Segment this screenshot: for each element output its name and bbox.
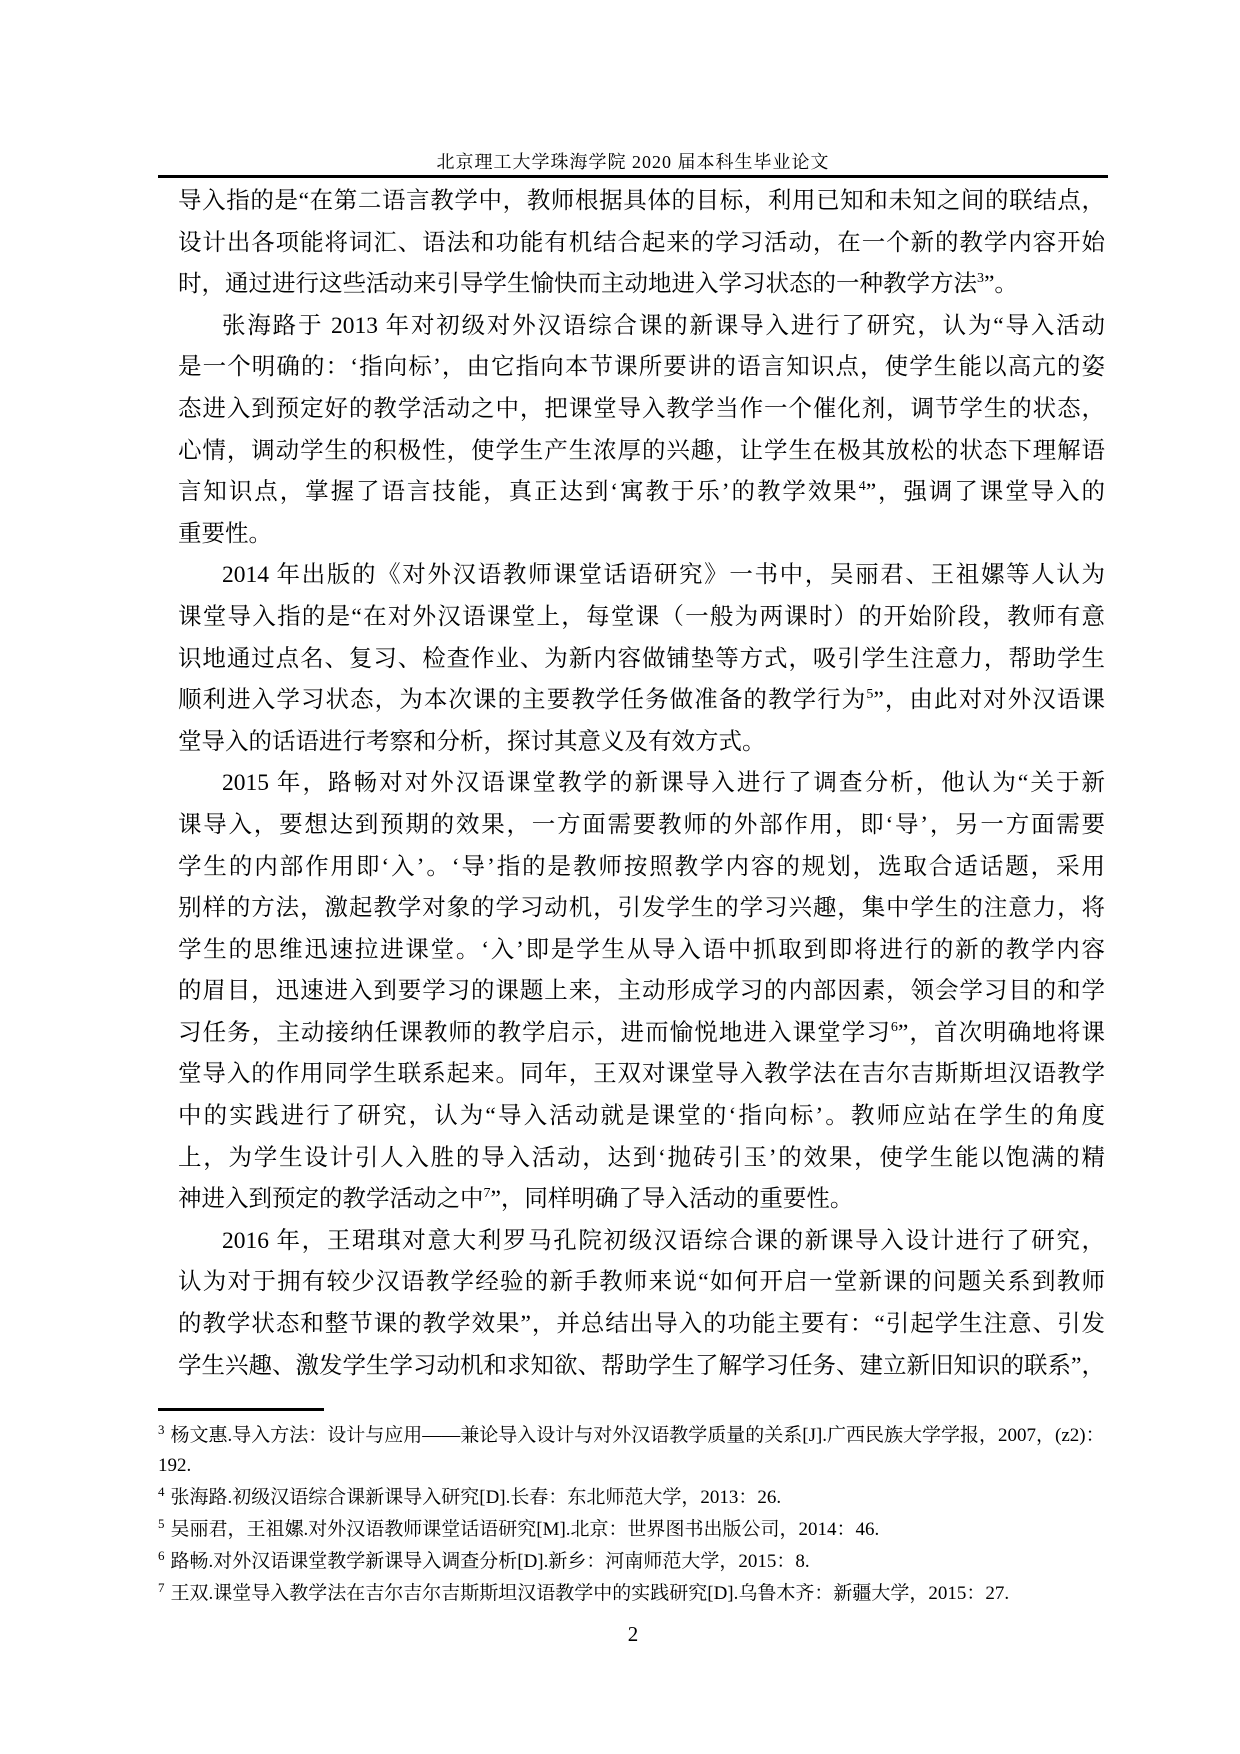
page-number: 2 — [158, 1622, 1108, 1647]
body-line: 2014 年出版的《对外汉语教师课堂话语研究》一书中，吴丽君、王祖嫘等人认为 — [178, 555, 1105, 597]
body-text-run: 课导入，要想达到预期的效果，一方面需要教师的外部作用，即‘导’，另一方面需要 — [178, 812, 1105, 838]
body-line: 上，为学生设计引人入胜的导入活动，达到‘抛砖引玉’的效果，使学生能以饱满的精 — [178, 1138, 1105, 1180]
body-text-run: 认为对于拥有较少汉语教学经验的新手教师来说“如何开启一堂新课的问题关系到教师 — [178, 1269, 1105, 1295]
body-line: 中的实践进行了研究，认为“导入活动就是课堂的‘指向标’。教师应站在学生的角度 — [178, 1096, 1105, 1138]
body-text-run: 言知识点，掌握了语言技能，真正达到‘寓教于乐’的教学效果 — [178, 479, 859, 505]
page-header-title: 北京理工大学珠海学院 2020 届本科生毕业论文 — [158, 148, 1108, 174]
body-line: 言知识点，掌握了语言技能，真正达到‘寓教于乐’的教学效果4”，强调了课堂导入的 — [178, 472, 1105, 514]
body-text-run: 课堂导入指的是“在对外汉语课堂上，每堂课（一般为两课时）的开始阶段，教师有意 — [178, 604, 1105, 630]
body-text-run: 习任务，主动接纳任课教师的教学启示，进而愉悦地进入课堂学习 — [178, 1020, 891, 1046]
footnote-ref: 7 — [484, 1186, 491, 1201]
body-text-run: 的眉目，迅速进入到要学习的课题上来，主动形成学习的内部因素，领会学习目的和学 — [178, 978, 1105, 1004]
body-text-run: 时，通过进行这些活动来引导学生愉快而主动地进入学习状态的一种教学方法 — [178, 271, 977, 297]
body-line: 导入指的是“在第二语言教学中，教师根据具体的目标，利用已知和未知之间的联结点， — [178, 181, 1105, 223]
body-line: 态进入到预定好的教学活动之中，把课堂导入教学当作一个催化剂，调节学生的状态， — [178, 389, 1105, 431]
footnote-text: 吴丽君，王祖嫘.对外汉语教师课堂话语研究[M].北京：世界图书出版公司，2014… — [171, 1519, 880, 1540]
footnote-line: 5吴丽君，王祖嫘.对外汉语教师课堂话语研究[M].北京：世界图书出版公司，201… — [158, 1515, 1108, 1545]
footnote-ref: 3 — [977, 271, 984, 286]
body-text-run: 是一个明确的：‘指向标’，由它指向本节课所要讲的语言知识点，使学生能以高亢的姿 — [178, 354, 1105, 380]
footnote: 5吴丽君，王祖嫘.对外汉语教师课堂话语研究[M].北京：世界图书出版公司，201… — [158, 1515, 1108, 1545]
body-line: 课导入，要想达到预期的效果，一方面需要教师的外部作用，即‘导’，另一方面需要 — [178, 805, 1105, 847]
body-text-run: 识地通过点名、复习、检查作业、为新内容做铺垫等方式，吸引学生注意力，帮助学生 — [178, 646, 1105, 672]
footnote-line: 6路畅.对外汉语课堂教学新课导入调查分析[D].新乡：河南师范大学，2015：8… — [158, 1547, 1108, 1577]
body-text-run: 别样的方法，激起教学对象的学习动机，引发学生的学习兴趣，集中学生的注意力，将 — [178, 895, 1105, 921]
body-text-run: 中的实践进行了研究，认为“导入活动就是课堂的‘指向标’。教师应站在学生的角度 — [178, 1103, 1105, 1129]
body-text-run: 设计出各项能将词汇、语法和功能有机结合起来的学习活动，在一个新的教学内容开始 — [178, 230, 1105, 256]
body-text-run: ”，由此对对外汉语课 — [873, 687, 1105, 713]
footnote-line: 192. — [158, 1451, 1108, 1481]
body-text-run: 张海路于 2013 年对初级对外汉语综合课的新课导入进行了研究，认为“导入活动 — [222, 313, 1105, 339]
body-text-run: 心情，调动学生的积极性，使学生产生浓厚的兴趣，让学生在极其放松的状态下理解语 — [178, 438, 1105, 464]
footnote-line: 3杨文惠.导入方法：设计与应用——兼论导入设计与对外汉语教学质量的关系[J].广… — [158, 1421, 1108, 1451]
footnote-text: 杨文惠.导入方法：设计与应用——兼论导入设计与对外汉语教学质量的关系[J].广西… — [171, 1425, 1105, 1446]
footnote: 7王双.课堂导入教学法在吉尔吉尔吉斯斯坦汉语教学中的实践研究[D].乌鲁木齐：新… — [158, 1579, 1108, 1609]
footnote: 4张海路.初级汉语综合课新课导入研究[D].长春：东北师范大学，2013：26. — [158, 1483, 1108, 1513]
thesis-page: 北京理工大学珠海学院 2020 届本科生毕业论文 导入指的是“在第二语言教学中，… — [0, 0, 1240, 1754]
body-line: 的教学状态和整节课的教学效果”，并总结出导入的功能主要有：“引起学生注意、引发 — [178, 1304, 1105, 1346]
body-line: 习任务，主动接纳任课教师的教学启示，进而愉悦地进入课堂学习6”，首次明确地将课 — [178, 1013, 1105, 1055]
body-line: 张海路于 2013 年对初级对外汉语综合课的新课导入进行了研究，认为“导入活动 — [178, 306, 1105, 348]
body-text-run: ”，同样明确了导入活动的重要性。 — [491, 1186, 854, 1212]
footnote-ref: 4 — [859, 479, 866, 494]
footnote-number: 3 — [158, 1422, 165, 1437]
body-line: 设计出各项能将词汇、语法和功能有机结合起来的学习活动，在一个新的教学内容开始 — [178, 223, 1105, 265]
body-text-run: 2016 年，王珺琪对意大利罗马孔院初级汉语综合课的新课导入设计进行了研究， — [222, 1228, 1105, 1254]
body-line: 时，通过进行这些活动来引导学生愉快而主动地进入学习状态的一种教学方法3”。 — [178, 264, 1105, 306]
body-line: 认为对于拥有较少汉语教学经验的新手教师来说“如何开启一堂新课的问题关系到教师 — [178, 1262, 1105, 1304]
footnote: 3杨文惠.导入方法：设计与应用——兼论导入设计与对外汉语教学质量的关系[J].广… — [158, 1421, 1108, 1481]
body-text-run: ”，首次明确地将课 — [898, 1020, 1105, 1046]
body-text-run: 顺利进入学习状态，为本次课的主要教学任务做准备的教学行为 — [178, 687, 866, 713]
footnote-text: 王双.课堂导入教学法在吉尔吉尔吉斯斯坦汉语教学中的实践研究[D].乌鲁木齐：新疆… — [171, 1583, 1010, 1604]
body-line: 堂导入的话语进行考察和分析，探讨其意义及有效方式。 — [178, 722, 1105, 764]
body-line: 重要性。 — [178, 514, 1105, 556]
body-line: 学生兴趣、激发学生学习动机和求知欲、帮助学生了解学习任务、建立新旧知识的联系”， — [178, 1346, 1105, 1388]
footnote-number: 5 — [158, 1516, 165, 1531]
body-line: 的眉目，迅速进入到要学习的课题上来，主动形成学习的内部因素，领会学习目的和学 — [178, 971, 1105, 1013]
footnote-number: 6 — [158, 1548, 165, 1563]
body-text-run: 堂导入的作用同学生联系起来。同年，王双对课堂导入教学法在吉尔吉斯斯坦汉语教学 — [178, 1061, 1105, 1087]
body-text-run: 堂导入的话语进行考察和分析，探讨其意义及有效方式。 — [178, 729, 766, 755]
footnote-number: 4 — [158, 1484, 165, 1499]
body-line: 2015 年，路畅对对外汉语课堂教学的新课导入进行了调查分析，他认为“关于新 — [178, 763, 1105, 805]
body-text-run: 上，为学生设计引人入胜的导入活动，达到‘抛砖引玉’的效果，使学生能以饱满的精 — [178, 1145, 1105, 1171]
body-line: 神进入到预定的教学活动之中7”，同样明确了导入活动的重要性。 — [178, 1179, 1105, 1221]
footnote-line: 4张海路.初级汉语综合课新课导入研究[D].长春：东北师范大学，2013：26. — [158, 1483, 1108, 1513]
body-text-run: ”，强调了课堂导入的 — [866, 479, 1105, 505]
body-text-run: 的教学状态和整节课的教学效果”，并总结出导入的功能主要有：“引起学生注意、引发 — [178, 1311, 1105, 1337]
body-text: 导入指的是“在第二语言教学中，教师根据具体的目标，利用已知和未知之间的联结点，设… — [178, 181, 1105, 1387]
body-text-run: 重要性。 — [178, 521, 272, 547]
body-line: 学生的内部作用即‘入’。‘导’指的是教师按照教学内容的规划，选取合适话题，采用 — [178, 847, 1105, 889]
body-line: 是一个明确的：‘指向标’，由它指向本节课所要讲的语言知识点，使学生能以高亢的姿 — [178, 347, 1105, 389]
body-text-run: 学生的内部作用即‘入’。‘导’指的是教师按照教学内容的规划，选取合适话题，采用 — [178, 854, 1105, 880]
footnote: 6路畅.对外汉语课堂教学新课导入调查分析[D].新乡：河南师范大学，2015：8… — [158, 1547, 1108, 1577]
footnotes: 3杨文惠.导入方法：设计与应用——兼论导入设计与对外汉语教学质量的关系[J].广… — [158, 1421, 1108, 1611]
footnote-line: 7王双.课堂导入教学法在吉尔吉尔吉斯斯坦汉语教学中的实践研究[D].乌鲁木齐：新… — [158, 1579, 1108, 1609]
body-text-run: 态进入到预定好的教学活动之中，把课堂导入教学当作一个催化剂，调节学生的状态， — [178, 396, 1105, 422]
footnote-text: 路畅.对外汉语课堂教学新课导入调查分析[D].新乡：河南师范大学，2015：8. — [171, 1551, 810, 1572]
body-line: 顺利进入学习状态，为本次课的主要教学任务做准备的教学行为5”，由此对对外汉语课 — [178, 680, 1105, 722]
body-line: 堂导入的作用同学生联系起来。同年，王双对课堂导入教学法在吉尔吉斯斯坦汉语教学 — [178, 1054, 1105, 1096]
footnote-text: 张海路.初级汉语综合课新课导入研究[D].长春：东北师范大学，2013：26. — [171, 1487, 782, 1508]
body-line: 课堂导入指的是“在对外汉语课堂上，每堂课（一般为两课时）的开始阶段，教师有意 — [178, 597, 1105, 639]
body-text-run: 学生的思维迅速拉进课堂。‘入’即是学生从导入语中抓取到即将进行的新的教学内容 — [178, 937, 1105, 963]
body-text-run: 2014 年出版的《对外汉语教师课堂话语研究》一书中，吴丽君、王祖嫘等人认为 — [222, 562, 1105, 588]
body-text-run: 导入指的是“在第二语言教学中，教师根据具体的目标，利用已知和未知之间的联结点， — [178, 188, 1105, 214]
header-rule — [158, 175, 1108, 178]
body-text-run: ”。 — [984, 271, 1018, 297]
footnote-number: 7 — [158, 1580, 165, 1595]
footnote-ref: 6 — [891, 1020, 898, 1035]
body-text-run: 学生兴趣、激发学生学习动机和求知欲、帮助学生了解学习任务、建立新旧知识的联系”， — [178, 1353, 1105, 1379]
body-line: 心情，调动学生的积极性，使学生产生浓厚的兴趣，让学生在极其放松的状态下理解语 — [178, 431, 1105, 473]
footnote-separator — [158, 1408, 324, 1411]
body-text-run: 神进入到预定的教学活动之中 — [178, 1186, 484, 1212]
body-line: 2016 年，王珺琪对意大利罗马孔院初级汉语综合课的新课导入设计进行了研究， — [178, 1221, 1105, 1263]
body-text-run: 2015 年，路畅对对外汉语课堂教学的新课导入进行了调查分析，他认为“关于新 — [222, 770, 1105, 796]
footnote-text: 192. — [158, 1455, 191, 1476]
body-line: 识地通过点名、复习、检查作业、为新内容做铺垫等方式，吸引学生注意力，帮助学生 — [178, 639, 1105, 681]
body-line: 学生的思维迅速拉进课堂。‘入’即是学生从导入语中抓取到即将进行的新的教学内容 — [178, 930, 1105, 972]
body-line: 别样的方法，激起教学对象的学习动机，引发学生的学习兴趣，集中学生的注意力，将 — [178, 888, 1105, 930]
